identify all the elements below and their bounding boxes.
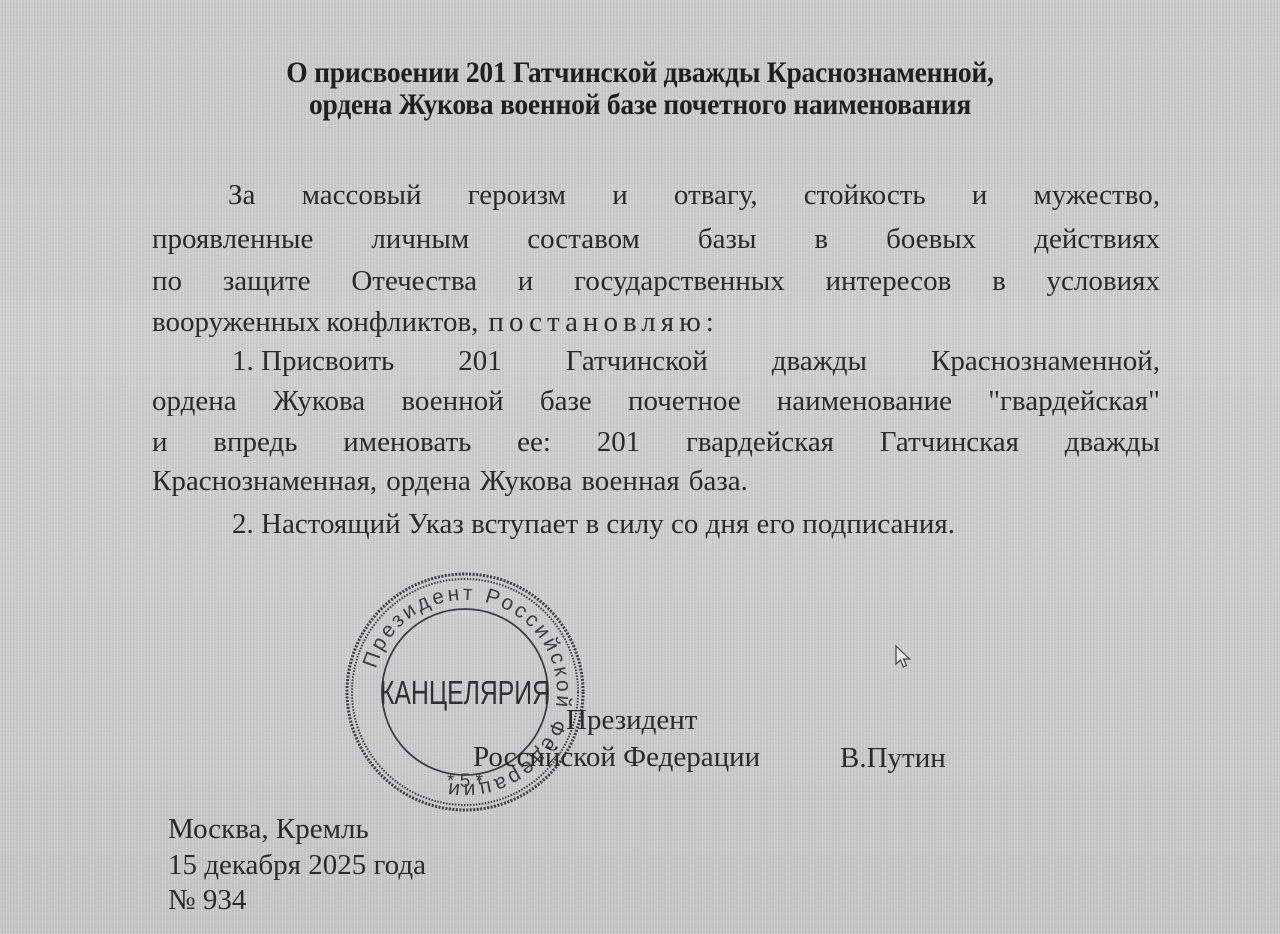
- word: ее:: [517, 425, 551, 459]
- word: Гатчинской: [566, 344, 708, 378]
- word: отвагу,: [674, 178, 758, 212]
- word: почетное: [628, 384, 741, 418]
- signatory-name: В.Путин: [840, 742, 946, 775]
- preamble-line-4: вооруженных конфликтов, постановляю:: [152, 305, 1160, 339]
- word: конфликтов,: [326, 305, 478, 339]
- word: Жукова: [273, 384, 365, 418]
- document-title-line-1: О присвоении 201 Гатчинской дважды Красн…: [51, 56, 1229, 90]
- word: стойкость: [804, 178, 926, 212]
- word: базы: [698, 222, 757, 256]
- item-1-line-4: Краснознаменная, ордена Жукова военная б…: [152, 464, 1160, 498]
- word: действиях: [1034, 222, 1160, 256]
- word: и: [612, 178, 628, 212]
- item-1-line-3: и впредь именовать ее: 201 гвардейская Г…: [152, 425, 1160, 459]
- word: 201: [458, 344, 502, 378]
- word: база.: [689, 464, 748, 498]
- word: Краснознаменная,: [152, 464, 377, 498]
- item-1-line-2: ордена Жукова военной базе почетное наим…: [152, 384, 1160, 418]
- item-2-paragraph: 2. Настоящий Указ вступает в силу со дня…: [232, 507, 1160, 541]
- word: мужество,: [1033, 178, 1160, 212]
- word: защите: [223, 264, 311, 298]
- word: условиях: [1047, 264, 1160, 298]
- word: и: [518, 264, 534, 298]
- word: и: [152, 425, 168, 459]
- word: и: [972, 178, 988, 212]
- word: именовать: [343, 425, 471, 459]
- word: 201: [597, 425, 641, 459]
- word: ордена: [386, 464, 471, 498]
- word: гвардейская: [686, 425, 834, 459]
- stamp-bottom-text: * 5 *: [447, 771, 484, 792]
- word: впредь: [213, 425, 297, 459]
- signature-position-line-2: Российской Федерации: [473, 741, 760, 774]
- word: За: [228, 178, 255, 212]
- word: личным: [371, 222, 469, 256]
- word: интересов: [826, 264, 952, 298]
- word: составом: [527, 222, 640, 256]
- word: героизм: [468, 178, 566, 212]
- word: "гвардейская": [988, 384, 1160, 418]
- word: в: [814, 222, 828, 256]
- word: проявленные: [152, 222, 313, 256]
- preamble-line-1: За массовый героизм и отвагу, стойкость …: [228, 178, 1160, 212]
- word: Жукова: [480, 464, 572, 498]
- word: базе: [540, 384, 592, 418]
- chancellery-stamp: Президент Российской Федерации * 5 * КАН…: [340, 568, 590, 816]
- decree-verb: постановляю:: [488, 305, 718, 339]
- word: Гатчинская: [880, 425, 1019, 459]
- footer-number: № 934: [168, 884, 246, 917]
- word: 1. Присвоить: [232, 344, 394, 378]
- word: боевых: [886, 222, 976, 256]
- word: по: [152, 264, 182, 298]
- word: вооруженных: [152, 305, 320, 339]
- footer-place: Москва, Кремль: [168, 813, 369, 846]
- word: государственных: [574, 264, 785, 298]
- word: в: [992, 264, 1006, 298]
- word: Отечества: [351, 264, 477, 298]
- item-1-line-1: 1. Присвоить 201 Гатчинской дважды Красн…: [232, 344, 1160, 378]
- word: дважды: [772, 344, 867, 378]
- stamp-center-text: КАНЦЕЛЯРИЯ: [380, 674, 550, 711]
- word: военная: [581, 464, 679, 498]
- word: Краснознаменной,: [931, 344, 1160, 378]
- word: ордена: [152, 384, 237, 418]
- word: массовый: [302, 178, 422, 212]
- mouse-pointer-icon: [894, 645, 914, 671]
- word: наименование: [777, 384, 952, 418]
- word: военной: [401, 384, 503, 418]
- word: дважды: [1065, 425, 1160, 459]
- preamble-line-2: проявленные личным составом базы в боевы…: [152, 222, 1160, 256]
- signature-position-line-1: Президент: [566, 704, 697, 737]
- footer-date: 15 декабря 2025 года: [168, 849, 426, 882]
- document-title-line-2: ордена Жукова военной базе почетного наи…: [51, 88, 1229, 122]
- preamble-line-3: по защите Отечества и государственных ин…: [152, 264, 1160, 298]
